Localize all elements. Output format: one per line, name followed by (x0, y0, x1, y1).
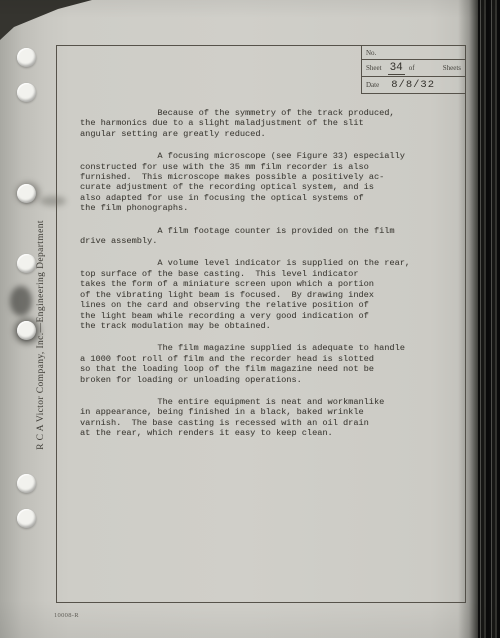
stamp-row-sheet: Sheet 34 of Sheets (362, 60, 465, 77)
page-edge-shadow (458, 0, 478, 638)
sheet-stamp-box: No. Sheet 34 of Sheets Date 8/8/32 (361, 45, 466, 94)
date-label: Date (366, 81, 379, 89)
stamp-row-date: Date 8/8/32 (362, 77, 465, 93)
punch-hole (17, 254, 36, 273)
paragraph: The film magazine supplied is adequate t… (80, 343, 425, 385)
paragraph: Because of the symmetry of the track pro… (80, 108, 425, 139)
punch-hole (17, 83, 36, 102)
punch-hole (17, 321, 36, 340)
scanned-page: R C A Victor Company, Inc.—Engineering D… (0, 0, 500, 638)
torn-corner (0, 0, 96, 42)
ink-smudge (10, 286, 32, 316)
of-label: of (409, 64, 415, 72)
binding-edge (478, 0, 500, 638)
punch-hole (17, 48, 36, 67)
sheet-label: Sheet (366, 64, 382, 72)
no-label: No. (366, 49, 376, 57)
page-border-frame: No. Sheet 34 of Sheets Date 8/8/32 Becau… (56, 45, 466, 603)
punch-hole (17, 184, 36, 203)
paragraph: A focusing microscope (see Figure 33) es… (80, 151, 425, 213)
letterhead-side-text: R C A Victor Company, Inc.—Engineering D… (36, 220, 46, 450)
date-value: 8/8/32 (391, 79, 435, 91)
paragraph: The entire equipment is neat and workman… (80, 397, 425, 439)
paragraph: A volume level indicator is supplied on … (80, 258, 425, 331)
sheet-number: 34 (388, 62, 405, 75)
punch-hole (17, 474, 36, 493)
stamp-row-number: No. (362, 46, 465, 60)
punch-hole (17, 509, 36, 528)
paragraph: A film footage counter is provided on th… (80, 226, 425, 247)
typed-text: Because of the symmetry of the track pro… (80, 108, 425, 439)
form-number: 10008-R (54, 612, 79, 619)
